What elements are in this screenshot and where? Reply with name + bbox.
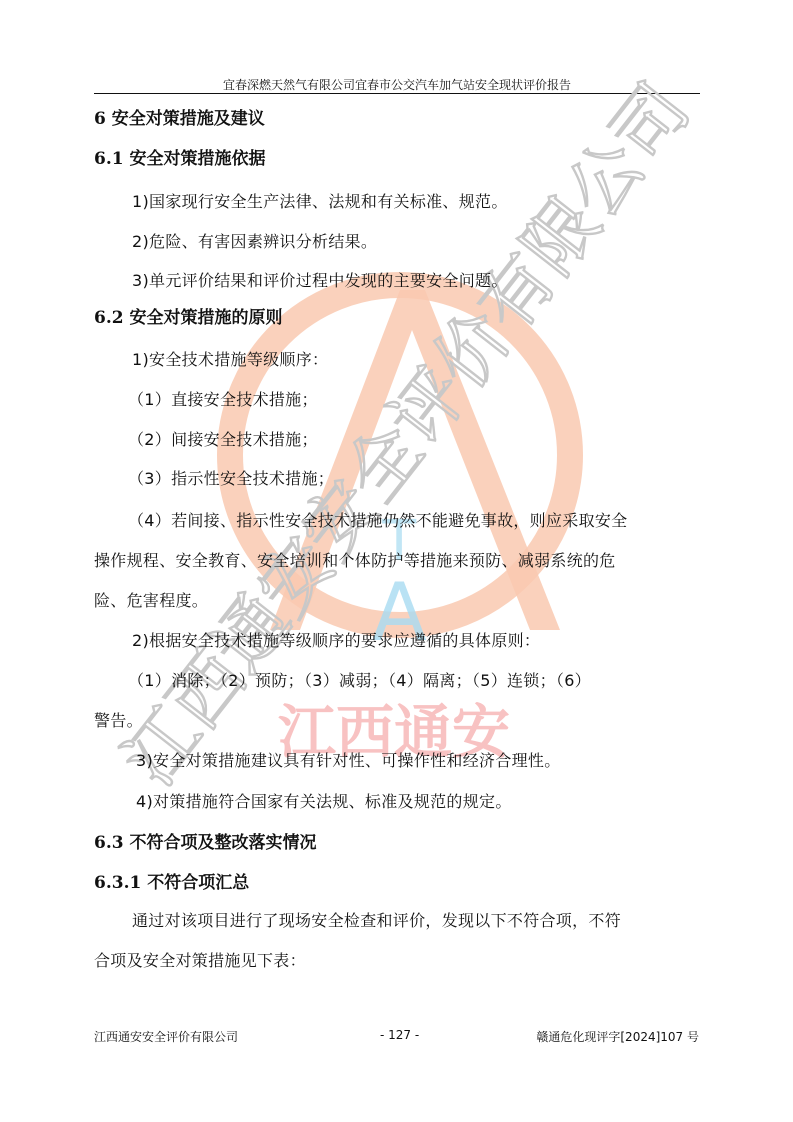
principle-1-sub-1: （1）直接安全技术措施； xyxy=(128,387,318,410)
principle-1-sub-2: （2）间接安全技术措施； xyxy=(128,427,318,450)
footer-report-number: 赣通危化现评字[2024]107 号 xyxy=(536,1028,699,1045)
nonconformity-para-line-1: 通过对该项目进行了现场安全检查和评价，发现以下不符合项，不符 xyxy=(132,908,621,931)
principle-4: 4)对策措施符合国家有关法规、标准及规范的规定。 xyxy=(136,789,512,812)
basis-item-1: 1)国家现行安全生产法律、法规和有关标准、规范。 xyxy=(132,189,508,212)
section-6-2-title: 6.2 安全对策措施的原则 xyxy=(94,303,283,328)
footer-company: 江西通安安全评价有限公司 xyxy=(94,1028,238,1045)
nonconformity-para-line-2: 合项及安全对策措施见下表： xyxy=(94,948,306,971)
header-divider xyxy=(94,93,700,94)
principle-1: 1)安全技术措施等级顺序： xyxy=(132,347,328,370)
document-page: 宜春深燃天然气有限公司宜春市公交汽车加气站安全现状评价报告 A T 江西通安安全… xyxy=(0,0,793,1122)
section-6-3-1-title: 6.3.1 不符合项汇总 xyxy=(94,868,249,893)
footer-page-number: - 127 - xyxy=(380,1028,419,1042)
principle-2: 2)根据安全技术措施等级顺序的要求应遵循的具体原则： xyxy=(132,628,540,651)
principle-3: 3)安全对策措施建议具有针对性、可操作性和经济合理性。 xyxy=(136,748,561,771)
principle-1-sub-4-line-2: 操作规程、安全教育、安全培训和个体防护等措施来预防、减弱系统的危 xyxy=(94,548,616,571)
basis-item-3: 3)单元评价结果和评价过程中发现的主要安全问题。 xyxy=(132,268,508,291)
basis-item-2: 2)危险、有害因素辨识分析结果。 xyxy=(132,229,377,252)
principle-2-list-line-1: （1）消除；（2）预防；（3）减弱；（4）隔离；（5）连锁；（6） xyxy=(128,668,591,691)
running-header: 宜春深燃天然气有限公司宜春市公交汽车加气站安全现状评价报告 xyxy=(94,76,700,93)
principle-1-sub-4-line-3: 险、危害程度。 xyxy=(94,588,208,611)
principle-2-list-line-2: 警告。 xyxy=(94,708,143,731)
principle-1-sub-3: （3）指示性安全技术措施； xyxy=(128,466,334,489)
section-6-1-title: 6.1 安全对策措施依据 xyxy=(94,144,266,169)
section-6-title: 6 安全对策措施及建议 xyxy=(94,104,265,129)
section-6-3-title: 6.3 不符合项及整改落实情况 xyxy=(94,828,317,853)
principle-1-sub-4-line-1: （4）若间接、指示性安全技术措施仍然不能避免事故，则应采取安全 xyxy=(128,508,627,531)
